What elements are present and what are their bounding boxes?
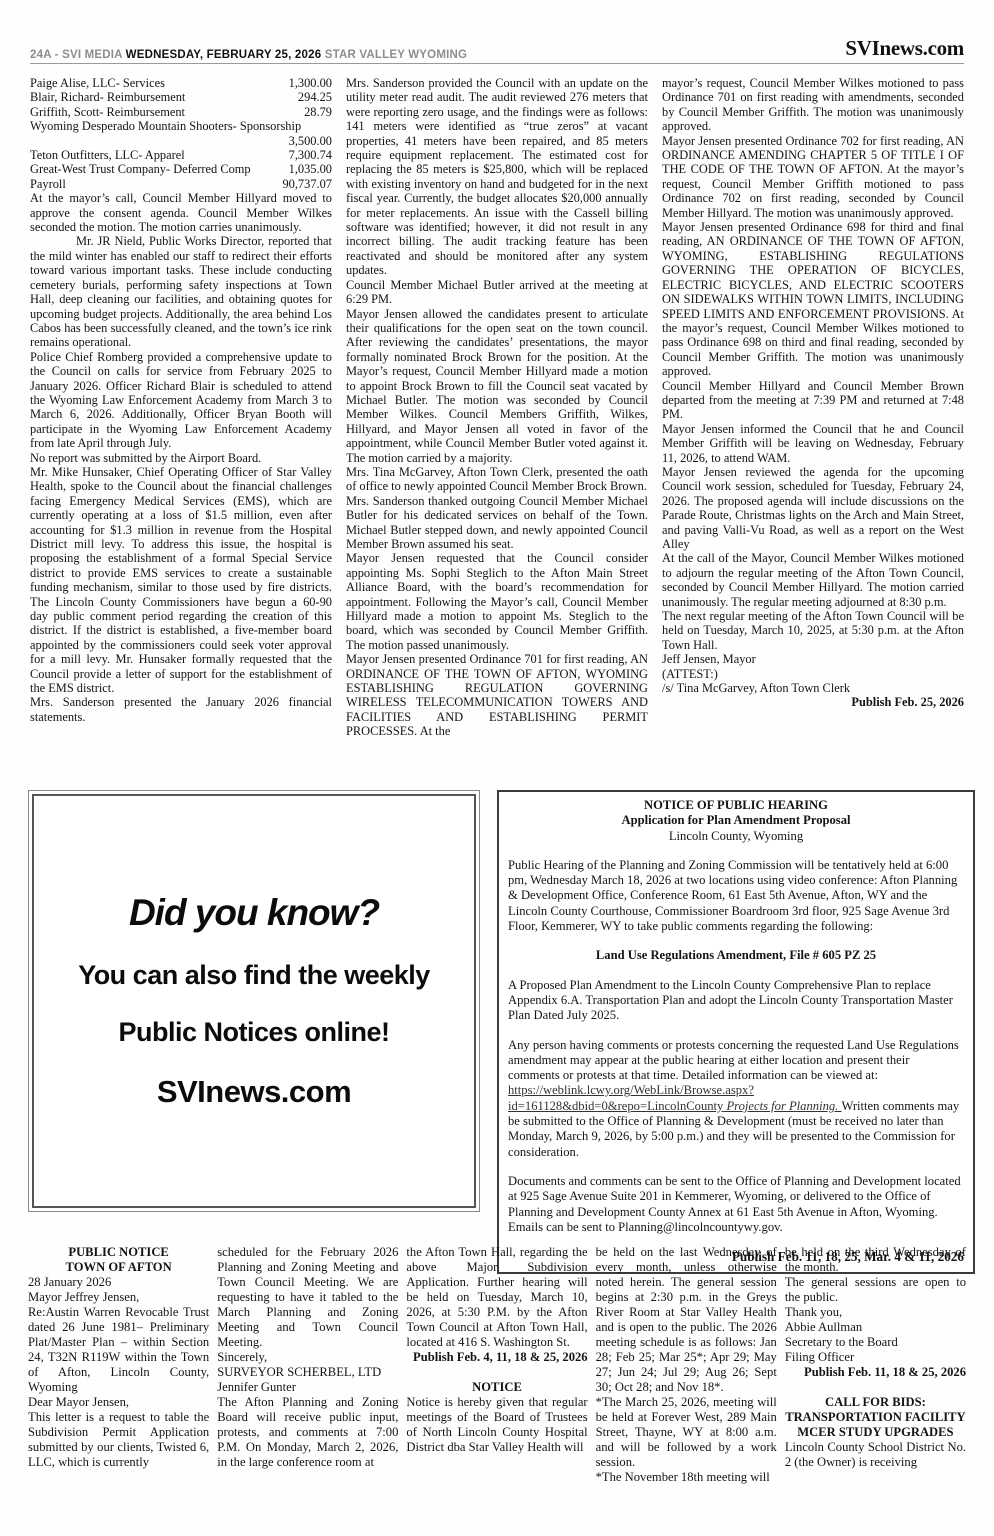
minutes-col1-paragraphs: At the mayor’s call, Council Member Hill…	[30, 191, 332, 724]
issue-date: WEDNESDAY, FEBRUARY 25, 2026	[126, 49, 322, 61]
minutes-paragraph: Mrs. Sanderson provided the Council with…	[346, 76, 648, 278]
ledger-payee: Great-West Trust Company- Deferred Comp	[30, 162, 251, 176]
notice-column-5: be held on the third Wednesday of the mo…	[785, 1245, 966, 1536]
notice-block: TOWN OF AFTON	[28, 1260, 209, 1275]
notice-block: CALL FOR BIDS:	[785, 1395, 966, 1410]
weblink-url[interactable]: https://weblink.lcwy.org/WebLink/Browse.…	[508, 1083, 754, 1112]
ledger-amount: 3,500.00	[289, 134, 332, 148]
public-hearing-notice-box: NOTICE OF PUBLIC HEARING Application for…	[497, 790, 975, 1274]
ledger-row: Teton Outfitters, LLC- Apparel 7,300.74	[30, 148, 332, 162]
hearing-file-heading: Land Use Regulations Amendment, File # 6…	[508, 948, 964, 963]
notice-block: Publish Feb. 4, 11, 18 & 25, 2026	[406, 1350, 587, 1365]
notice-block: TRANSPORTATION FACILITY	[785, 1410, 966, 1425]
minutes-paragraph: Mayor Jensen allowed the candidates pres…	[346, 307, 648, 465]
ledger-amount: 90,737.07	[282, 177, 332, 191]
minutes-paragraph: Mayor Jensen presented Ordinance 701 for…	[346, 652, 648, 738]
notice-block: Re:Austin Warren Revocable Trust dated 2…	[28, 1305, 209, 1395]
minutes-column-1: Paige Alise, LLC- Services 1,300.00 Blai…	[30, 76, 332, 768]
minutes-paragraph: Council Member Michael Butler arrived at…	[346, 278, 648, 307]
ledger-row: Wyoming Desperado Mountain Shooters- Spo…	[30, 119, 332, 148]
notice-block: The general sessions are open to the pub…	[785, 1275, 966, 1305]
notice-block: Dear Mayor Jensen,	[28, 1395, 209, 1410]
minutes-paragraph: Mayor Jensen informed the Council that h…	[662, 422, 964, 465]
promo-inner-frame: Did you know? You can also find the week…	[32, 794, 476, 1208]
ledger-amount: 7,300.74	[289, 148, 332, 162]
minutes-paragraph: /s/ Tina McGarvey, Afton Town Clerk	[662, 681, 964, 695]
notice-column-1: PUBLIC NOTICETOWN OF AFTON28 January 202…	[28, 1245, 209, 1536]
notice-block: NOTICE	[406, 1380, 587, 1395]
notice-block: SURVEYOR SCHERBEL, LTD	[217, 1365, 398, 1380]
notice-block: *The November 18th meeting will	[596, 1470, 777, 1485]
page-number-label: 24A - SVI MEDIA	[30, 49, 122, 61]
ledger-payee: Payroll	[30, 177, 66, 191]
minutes-paragraph: The next regular meeting of the Afton To…	[662, 609, 964, 652]
page-header: 24A - SVI MEDIA WEDNESDAY, FEBRUARY 25, …	[30, 36, 964, 61]
minutes-paragraph: Mrs. Tina McGarvey, Afton Town Clerk, pr…	[346, 465, 648, 494]
promo-subline-2: Public Notices online!	[118, 1017, 389, 1048]
hearing-subtitle: Application for Plan Amendment Proposal	[508, 813, 964, 828]
ledger-payee: Blair, Richard- Reimbursement	[30, 90, 185, 104]
promo-headline: Did you know?	[129, 892, 379, 934]
hearing-p3-lead: Any person having comments or protests c…	[508, 1038, 959, 1083]
weblink-label[interactable]: Projects for Planning.	[723, 1099, 841, 1113]
newspaper-page: 24A - SVI MEDIA WEDNESDAY, FEBRUARY 25, …	[0, 0, 994, 1536]
minutes-paragraph: Mayor Jensen reviewed the agenda for the…	[662, 465, 964, 551]
hearing-paragraph-4: Documents and comments can be sent to th…	[508, 1174, 964, 1235]
minutes-paragraph: Mr. Mike Hunsaker, Chief Operating Offic…	[30, 465, 332, 696]
public-notices-section: PUBLIC NOTICETOWN OF AFTON28 January 202…	[28, 1245, 966, 1536]
ledger-payee: Teton Outfitters, LLC- Apparel	[30, 148, 185, 162]
notice-column-2: scheduled for the February 2026 Planning…	[217, 1245, 398, 1536]
hearing-paragraph-2: A Proposed Plan Amendment to the Lincoln…	[508, 978, 964, 1024]
notice-column-3: the Afton Town Hall, regarding the above…	[406, 1245, 587, 1536]
notice-block: 28 January 2026	[28, 1275, 209, 1290]
notice-block: Mayor Jeffrey Jensen,	[28, 1290, 209, 1305]
ledger-row: Paige Alise, LLC- Services 1,300.00	[30, 76, 332, 90]
minutes-paragraph: No report was submitted by the Airport B…	[30, 451, 332, 465]
notice-block: MCER STUDY UPGRADES	[785, 1425, 966, 1440]
notice-block: Thank you,	[785, 1305, 966, 1320]
ledger-amount: 1,035.00	[289, 162, 332, 176]
header-rule	[30, 63, 964, 64]
header-left: 24A - SVI MEDIA WEDNESDAY, FEBRUARY 25, …	[30, 49, 467, 61]
minutes-paragraph: Police Chief Romberg provided a comprehe…	[30, 350, 332, 451]
minutes-paragraph: Mayor Jensen requested that the Council …	[346, 551, 648, 652]
minutes-paragraph: Mrs. Sanderson presented the January 202…	[30, 695, 332, 724]
notice-block: Notice is hereby given that regular meet…	[406, 1395, 587, 1455]
notice-block: This letter is a request to table the Su…	[28, 1410, 209, 1470]
ledger-amount: 294.25	[298, 90, 332, 104]
ledger-amount: 1,300.00	[289, 76, 332, 90]
payment-ledger: Paige Alise, LLC- Services 1,300.00 Blai…	[30, 76, 332, 191]
notice-block: Jennifer Gunter	[217, 1380, 398, 1395]
notice-block: Lincoln County School District No. 2 (th…	[785, 1440, 966, 1470]
notice-block: *The March 25, 2026, meeting will be hel…	[596, 1395, 777, 1470]
public-notices-promo-box: Did you know? You can also find the week…	[28, 790, 480, 1212]
minutes-column-3: mayor’s request, Council Member Wilkes m…	[662, 76, 964, 768]
notice-block: the Afton Town Hall, regarding the above…	[406, 1245, 587, 1350]
notice-column-4: be held on the last Wednesday of every m…	[596, 1245, 777, 1536]
notice-block: Publish Feb. 11, 18 & 25, 2026	[785, 1365, 966, 1380]
council-minutes-article: Paige Alise, LLC- Services 1,300.00 Blai…	[30, 76, 964, 768]
hearing-paragraph-1: Public Hearing of the Planning and Zonin…	[508, 858, 964, 934]
ledger-row: Griffith, Scott- Reimbursement 28.79	[30, 105, 332, 119]
minutes-paragraph: Publish Feb. 25, 2026	[662, 695, 964, 709]
notice-block: Abbie Aullman	[785, 1320, 966, 1335]
promo-subline-1: You can also find the weekly	[78, 960, 430, 991]
notice-block: be held on the third Wednesday of the mo…	[785, 1245, 966, 1275]
hearing-paragraph-3: Any person having comments or protests c…	[508, 1038, 964, 1160]
minutes-paragraph: Mrs. Sanderson thanked outgoing Council …	[346, 494, 648, 552]
ledger-row: Blair, Richard- Reimbursement 294.25	[30, 90, 332, 104]
minutes-paragraph: (ATTEST:)	[662, 667, 964, 681]
minutes-paragraph: Jeff Jensen, Mayor	[662, 652, 964, 666]
masthead-site-name: SVInews.com	[845, 36, 964, 61]
minutes-paragraph: Mr. JR Nield, Public Works Director, rep…	[30, 234, 332, 349]
minutes-paragraph: Council Member Hillyard and Council Memb…	[662, 379, 964, 422]
minutes-paragraph: Mayor Jensen presented Ordinance 698 for…	[662, 220, 964, 378]
notice-block: Filing Officer	[785, 1350, 966, 1365]
ledger-payee: Wyoming Desperado Mountain Shooters- Spo…	[30, 119, 332, 133]
ledger-row: Payroll 90,737.07	[30, 177, 332, 191]
hearing-location: Lincoln County, Wyoming	[508, 829, 964, 844]
notice-block: scheduled for the February 2026 Planning…	[217, 1245, 398, 1350]
notice-block: Secretary to the Board	[785, 1335, 966, 1350]
notice-block: PUBLIC NOTICE	[28, 1245, 209, 1260]
minutes-column-2: Mrs. Sanderson provided the Council with…	[346, 76, 648, 768]
minutes-paragraph: At the mayor’s call, Council Member Hill…	[30, 191, 332, 234]
region-label: STAR VALLEY WYOMING	[325, 49, 467, 61]
notice-block: Sincerely,	[217, 1350, 398, 1365]
ledger-row: Great-West Trust Company- Deferred Comp …	[30, 162, 332, 176]
ledger-payee: Paige Alise, LLC- Services	[30, 76, 165, 90]
ledger-payee: Griffith, Scott- Reimbursement	[30, 105, 185, 119]
minutes-paragraph: mayor’s request, Council Member Wilkes m…	[662, 76, 964, 134]
minutes-paragraph: Mayor Jensen presented Ordinance 702 for…	[662, 134, 964, 220]
promo-site-link[interactable]: SVInews.com	[157, 1074, 351, 1110]
notice-block: be held on the last Wednesday of every m…	[596, 1245, 777, 1395]
hearing-title: NOTICE OF PUBLIC HEARING	[508, 798, 964, 813]
ledger-amount: 28.79	[304, 105, 332, 119]
notice-block: The Afton Planning and Zoning Board will…	[217, 1395, 398, 1470]
minutes-paragraph: At the call of the Mayor, Council Member…	[662, 551, 964, 609]
